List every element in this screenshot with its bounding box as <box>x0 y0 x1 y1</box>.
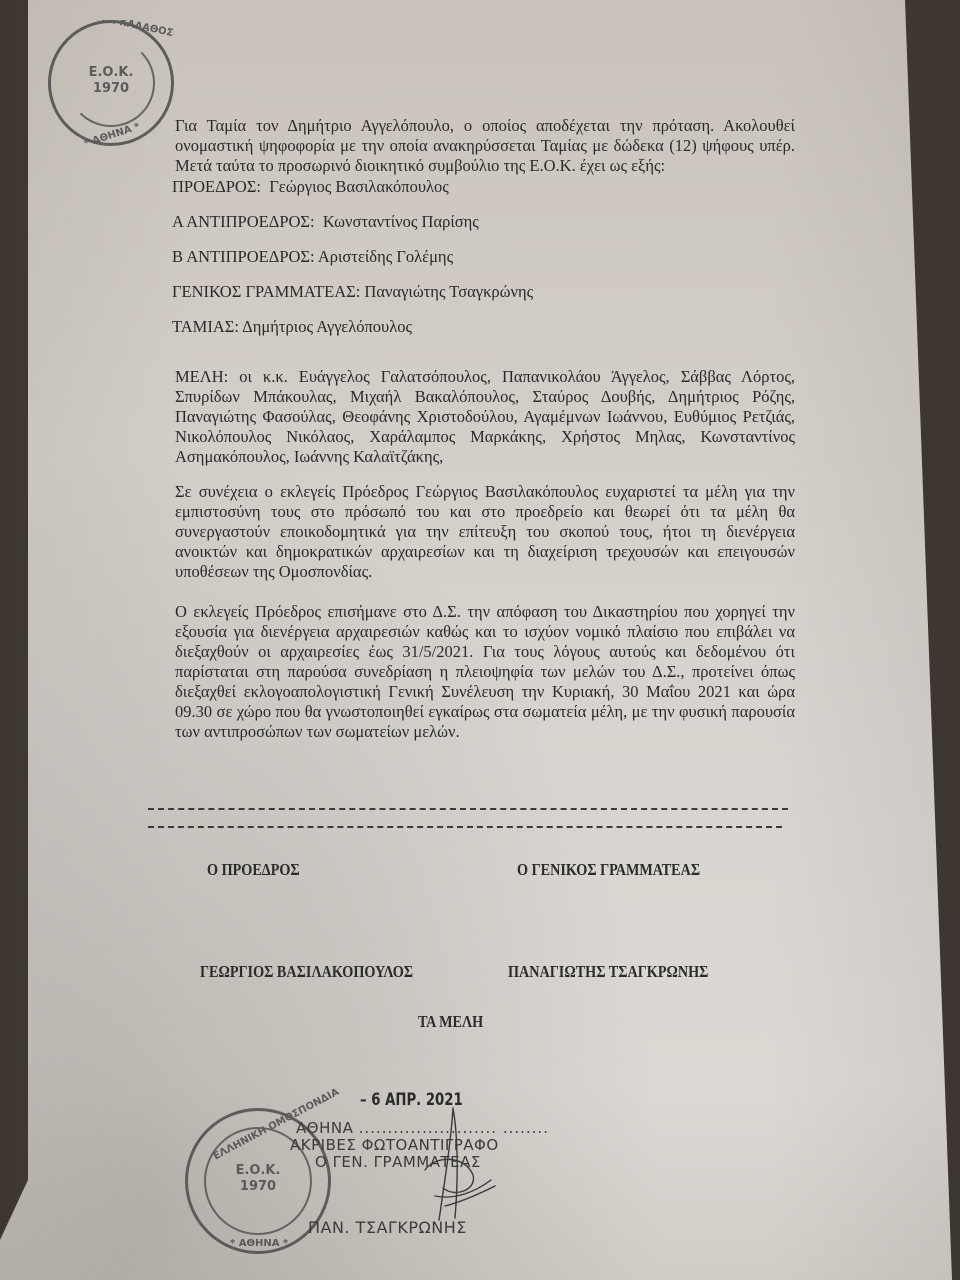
role-label: Β ΑΝΤΙΠΡΟΕΔΡΟΣ: <box>172 247 315 266</box>
board-role-president: ΠΡΟΕΔΡΟΣ: Γεώργιος Βασιλακόπουλος <box>172 177 449 197</box>
handwritten-signature-icon <box>395 1100 505 1230</box>
members-paragraph: ΜΕΛΗ: οι κ.κ. Ευάγγελος Γαλατσόπουλος, Π… <box>175 367 795 467</box>
role-label: ΓΕΝΙΚΟΣ ΓΡΑΜΜΑΤΕΑΣ: <box>172 282 360 301</box>
decision-paragraph: Ο εκλεγείς Πρόεδρος επισήμανε στο Δ.Σ. τ… <box>175 602 795 742</box>
board-role-vice-president-b: Β ΑΝΤΙΠΡΟΕΔΡΟΣ: Αριστείδης Γολέμης <box>172 247 453 267</box>
dashed-separator <box>148 826 782 828</box>
board-role-treasurer: ΤΑΜΙΑΣ: Δημήτριος Αγγελόπουλος <box>172 317 412 337</box>
dashed-separator <box>148 808 788 810</box>
signature-name-secretary: ΠΑΝΑΓΙΩΤΗΣ ΤΣΑΓΚΡΩΝΗΣ <box>508 962 708 982</box>
role-name: Παναγιώτης Τσαγκρώνης <box>364 282 533 301</box>
role-name: Δημήτριος Αγγελόπουλος <box>242 317 412 336</box>
seal-year: 1970 <box>51 81 171 97</box>
signature-role-secretary: Ο ΓΕΝΙΚΟΣ ΓΡΑΜΜΑΤΕΑΣ <box>517 860 700 880</box>
role-name: Κωνσταντίνος Παρίσης <box>323 212 479 231</box>
seal-ring-text-bottom: * ΑΘΗΝΑ * <box>230 1238 288 1249</box>
seal-abbreviation: Ε.Ο.Κ. <box>51 65 171 81</box>
intro-paragraph: Για Ταμία τον Δημήτριο Αγγελόπουλο, ο οπ… <box>175 116 795 176</box>
role-label: Α ΑΝΤΙΠΡΟΕΔΡΟΣ: <box>172 212 315 231</box>
seal-abbreviation: Ε.Ο.Κ. <box>188 1163 328 1179</box>
role-name: Αριστείδης Γολέμης <box>318 247 453 266</box>
role-label: ΤΑΜΙΑΣ: <box>172 317 239 336</box>
thanks-paragraph: Σε συνέχεια ο εκλεγείς Πρόεδρος Γεώργιος… <box>175 482 795 582</box>
signature-name-president: ΓΕΩΡΓΙΟΣ ΒΑΣΙΛΑΚΟΠΟΥΛΟΣ <box>200 962 413 982</box>
official-seal-top: ΕΛΛ. ΚΑΛΑΘΟΣΦΑΙΡΙΣΗΣ Ε.Ο.Κ. 1970 * ΑΘΗΝΑ… <box>48 20 174 146</box>
seal-center-text: Ε.Ο.Κ. 1970 <box>188 1163 328 1195</box>
role-name: Γεώργιος Βασιλακόπουλος <box>269 177 449 196</box>
signature-role-president: Ο ΠΡΟΕΔΡΟΣ <box>207 860 300 880</box>
role-label: ΠΡΟΕΔΡΟΣ: <box>172 177 261 196</box>
seal-year: 1970 <box>188 1179 328 1195</box>
board-role-general-secretary: ΓΕΝΙΚΟΣ ΓΡΑΜΜΑΤΕΑΣ: Παναγιώτης Τσαγκρώνη… <box>172 282 533 302</box>
board-role-vice-president-a: Α ΑΝΤΙΠΡΟΕΔΡΟΣ: Κωνσταντίνος Παρίσης <box>172 212 479 232</box>
signature-members-label: ΤΑ ΜΕΛΗ <box>418 1012 483 1032</box>
seal-center-text: Ε.Ο.Κ. 1970 <box>51 65 171 97</box>
certified-city: ΑΘΗΝΑ <box>296 1119 353 1137</box>
